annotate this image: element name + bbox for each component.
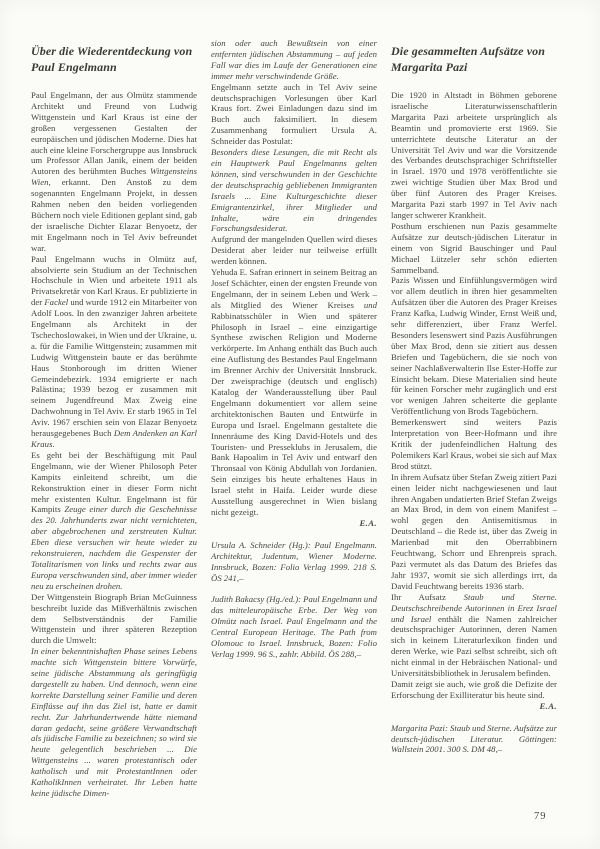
text-run: und wurde 1912 ein Mitarbeiter von Adolf… [31, 297, 197, 438]
paragraph: In einer bekenntnishaften Phase seines L… [31, 646, 197, 799]
italic-text-run: Besonders diese Lesungen, die mit Recht … [211, 147, 377, 233]
column-right: Die gesammelten Aufsätze von Margarita P… [391, 38, 557, 799]
paragraph: Engelmann setzte auch in Tel Aviv seine … [211, 82, 377, 147]
paragraph: Es geht bei der Beschäftigung mit Paul E… [31, 450, 197, 592]
bibliographic-reference: Margarita Pazi: Staub und Sterne. Aufsät… [391, 723, 557, 756]
italic-text-run: In einer bekenntnishaften Phase seines L… [31, 646, 197, 798]
text-run: , erkannt. Den Anstoß zu dem sogenannten… [31, 177, 197, 252]
italic-text-run: Margarita Pazi: Staub und Sterne. Aufsät… [391, 723, 557, 755]
paragraph: Der Wittgenstein Biograph Brian McGuinne… [31, 592, 197, 647]
paragraph: In ihrem Aufsatz über Stefan Zweig zitie… [391, 472, 557, 592]
bibliographic-reference: Ursula A. Schneider (Hg.): Paul Engelman… [211, 540, 377, 584]
scanned-journal-page: Über die Wiederentdeckung von Paul Engel… [0, 0, 600, 849]
text-run: Yehuda E. Safran erinnert in seinem Beit… [211, 267, 377, 310]
paragraph: Pazis Wissen und Einfühlungsvermögen wir… [391, 275, 557, 417]
paragraph: Aufgrund der mangelnden Quellen wird die… [211, 234, 377, 267]
paragraph: Posthum erschienen nun Pazis gesammelte … [391, 221, 557, 276]
text-run: Damit zeigt sie auch, wie groß die Defiz… [391, 679, 557, 700]
text-run: Pazis Wissen und Einfühlungsvermögen wir… [391, 275, 557, 416]
paragraph: Paul Engelmann wuchs in Olmütz auf, abso… [31, 254, 197, 450]
paragraph: Besonders diese Lesungen, die mit Recht … [211, 147, 377, 234]
italic-text-run: Zeuge einer durch die Geschehnisse des 2… [31, 504, 197, 590]
text-run: Posthum erschienen nun Pazis gesammelte … [391, 221, 557, 275]
author-initials: E.A. [211, 518, 377, 529]
italic-text-run: und [364, 300, 377, 310]
italic-text-run: Fackel [44, 297, 68, 307]
italic-text-run: Ursula A. Schneider (Hg.): Paul Engelman… [211, 540, 377, 583]
paragraph: Paul Engelmann, der aus Olmütz stammende… [31, 90, 197, 254]
text-run: Der Wittgenstein Biograph Brian McGuinne… [31, 592, 197, 646]
italic-text-run: Judith Bakacsy (Hg./ed.): Paul Engelmann… [211, 594, 377, 659]
text-run: Ihr Aufsatz [391, 592, 464, 602]
article-title: Die gesammelten Aufsätze von Margarita P… [391, 44, 557, 75]
column-middle: sion oder auch Bewußtsein von einer entf… [211, 38, 377, 799]
italic-text-run: E.A. [539, 701, 557, 711]
page-number: 79 [534, 811, 547, 822]
text-run: Paul Engelmann, der aus Olmütz stammende… [31, 90, 197, 176]
paragraph: sion oder auch Bewußtsein von einer entf… [211, 38, 377, 82]
text-run: Aufgrund der mangelnden Quellen wird die… [211, 234, 377, 266]
paragraph: Damit zeigt sie auch, wie groß die Defiz… [391, 679, 557, 701]
text-run: Engelmann setzte auch in Tel Aviv seine … [211, 82, 377, 147]
text-run: Rabbinatsschüler in Wien und späterer Ph… [211, 311, 377, 517]
paragraph: Ihr Aufsatz Staub und Sterne. Deutschsch… [391, 592, 557, 679]
text-run: Bemerkenswert sind weiters Pazis Interpr… [391, 417, 557, 471]
paragraph: Die 1920 in Altstadt in Böhmen geborene … [391, 90, 557, 221]
article-title: Über die Wiederentdeckung von Paul Engel… [31, 44, 197, 75]
paragraph: Bemerkenswert sind weiters Pazis Interpr… [391, 417, 557, 472]
italic-text-run: sion oder auch Bewußtsein von einer entf… [211, 38, 377, 81]
text-run: In ihrem Aufsatz über Stefan Zweig zitie… [391, 472, 557, 591]
text-run: . [53, 439, 55, 449]
bibliographic-reference: Judith Bakacsy (Hg./ed.): Paul Engelmann… [211, 594, 377, 659]
text-run: Die 1920 in Altstadt in Böhmen geborene … [391, 90, 557, 220]
author-initials: E.A. [391, 701, 557, 712]
column-left: Über die Wiederentdeckung von Paul Engel… [31, 38, 197, 799]
text-columns: Über die Wiederentdeckung von Paul Engel… [31, 38, 557, 799]
paragraph: Yehuda E. Safran erinnert in seinem Beit… [211, 267, 377, 518]
italic-text-run: E.A. [359, 518, 377, 528]
